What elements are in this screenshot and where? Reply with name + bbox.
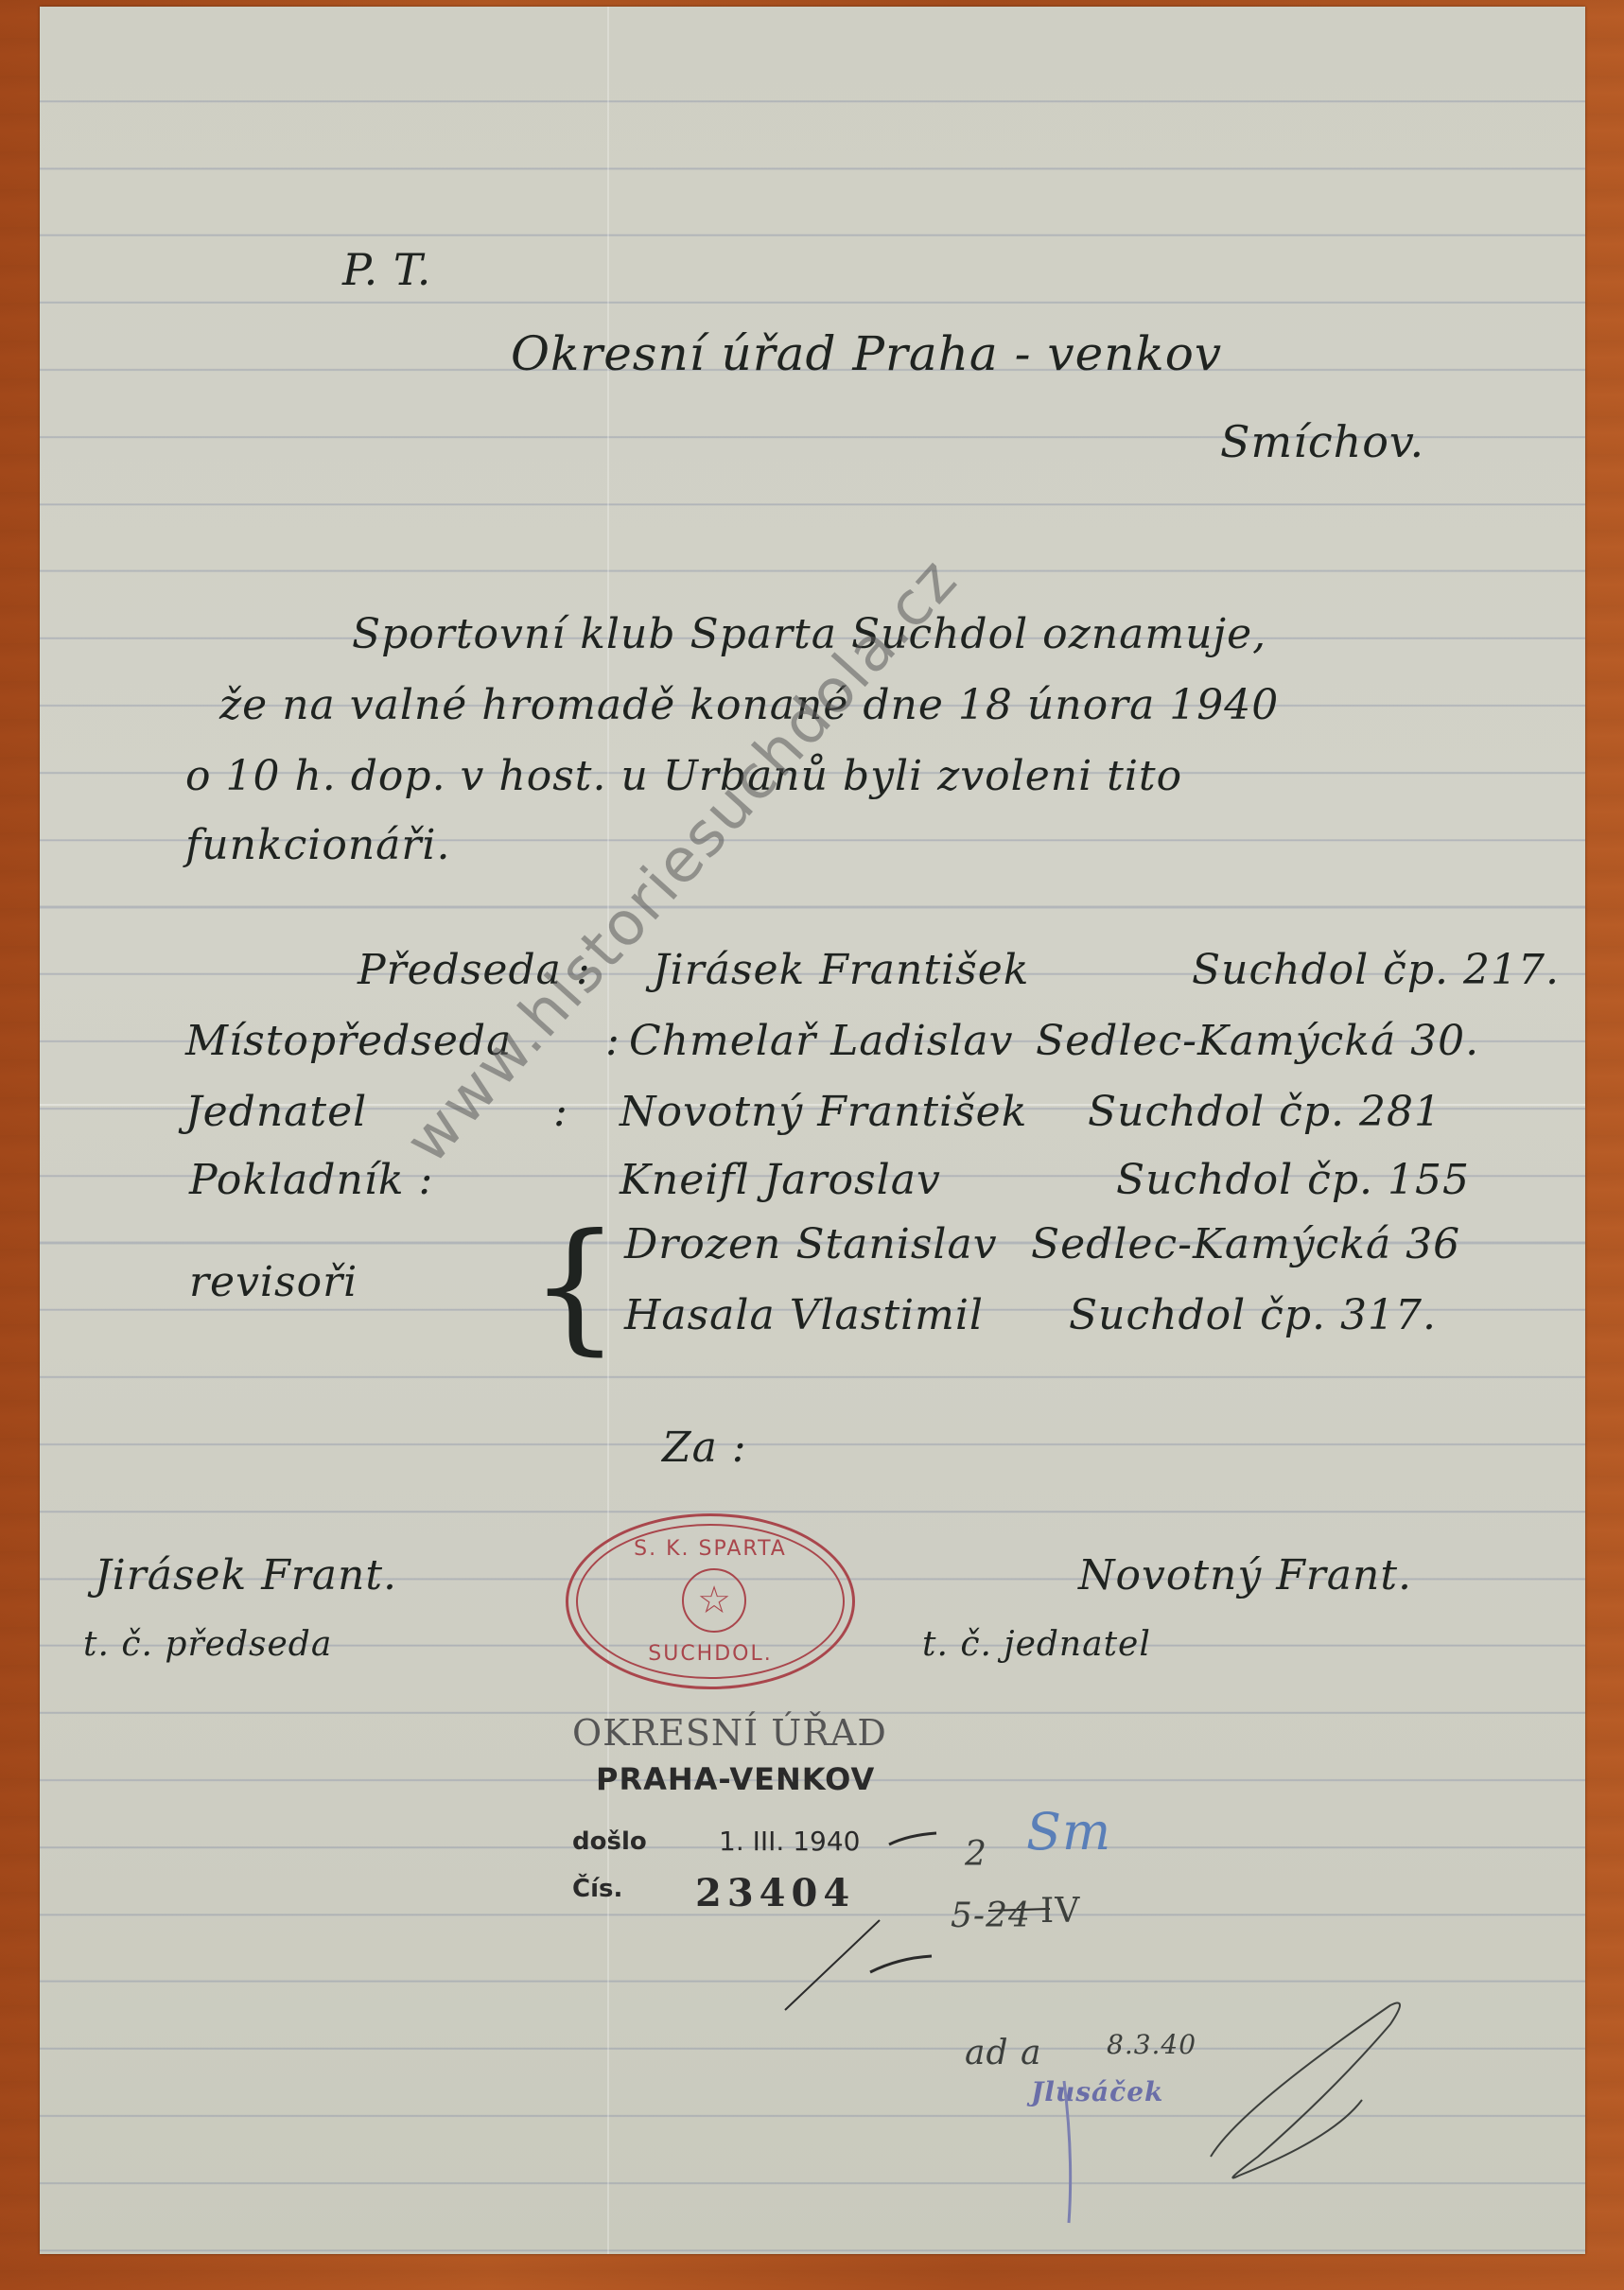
auditor-1-address: Sedlec-Kamýcká 36: [1031, 1220, 1460, 1268]
address-secretary: Suchdol čp. 281: [1088, 1088, 1441, 1136]
sep-vice-chairman: :: [605, 1017, 620, 1065]
annotation-blue-initials: Sm: [1026, 1802, 1111, 1862]
club-stamp-bottom-text: SUCHDOL.: [568, 1642, 852, 1666]
role-auditors: revisoři: [189, 1258, 358, 1306]
annotation-roman: IV: [1040, 1892, 1080, 1931]
club-stamp: S. K. SPARTA ☆ SUCHDOL.: [566, 1513, 855, 1689]
name-vice-chairman: Chmelař Ladislav: [629, 1017, 1014, 1065]
name-treasurer: Kneifl Jaroslav: [620, 1156, 941, 1204]
recipient-office: Okresní úřad Praha - venkov: [511, 326, 1222, 381]
recipient-location: Smíchov.: [1220, 416, 1424, 467]
address-treasurer: Suchdol čp. 155: [1116, 1156, 1470, 1204]
body-line-4: funkcionáři.: [185, 821, 451, 869]
office-stamp-line2: PRAHA-VENKOV: [596, 1761, 875, 1797]
closing-za: Za :: [662, 1424, 747, 1472]
auditor-1-name: Drozen Stanislav: [624, 1220, 998, 1268]
title-secretary: t. č. jednatel: [922, 1625, 1151, 1664]
body-line-1: Sportovní klub Sparta Suchdol oznamuje,: [352, 610, 1266, 658]
annotation-fraction-bottom: 5-24: [951, 1897, 1031, 1935]
pencil-signature-flourish: [1050, 1986, 1409, 2232]
annotation-fraction-top: 2: [965, 1835, 987, 1874]
auditor-2-address: Suchdol čp. 317.: [1069, 1291, 1437, 1339]
annotation-filed: ad a: [965, 2034, 1041, 2072]
salutation: P. T.: [342, 244, 431, 295]
club-stamp-top-text: S. K. SPARTA: [568, 1537, 852, 1561]
name-chairman: Jirásek František: [653, 946, 1029, 994]
role-secretary: Jednatel: [185, 1088, 367, 1136]
body-line-2: že na valné hromadě konané dne 18 února …: [219, 681, 1279, 729]
name-secretary: Novotný František: [620, 1088, 1027, 1136]
number-label: Čís.: [572, 1875, 622, 1903]
star-icon: ☆: [682, 1568, 746, 1633]
office-stamp-line1: OKRESNÍ ÚŘAD: [572, 1712, 887, 1754]
received-label: došlo: [572, 1827, 647, 1856]
address-chairman: Suchdol čp. 217.: [1192, 946, 1560, 994]
signature-chairman: Jirásek Frant.: [95, 1551, 397, 1600]
sep-secretary: :: [553, 1088, 568, 1136]
body-line-3: o 10 h. dop. v host. u Urbanů byli zvole…: [185, 752, 1182, 800]
title-chairman: t. č. předseda: [83, 1625, 332, 1664]
role-treasurer: Pokladník :: [189, 1156, 433, 1204]
auditor-2-name: Hasala Vlastimil: [624, 1291, 984, 1339]
brace: {: [530, 1215, 620, 1357]
signature-secretary: Novotný Frant.: [1078, 1551, 1412, 1600]
address-vice-chairman: Sedlec-Kamýcká 30.: [1036, 1017, 1479, 1065]
